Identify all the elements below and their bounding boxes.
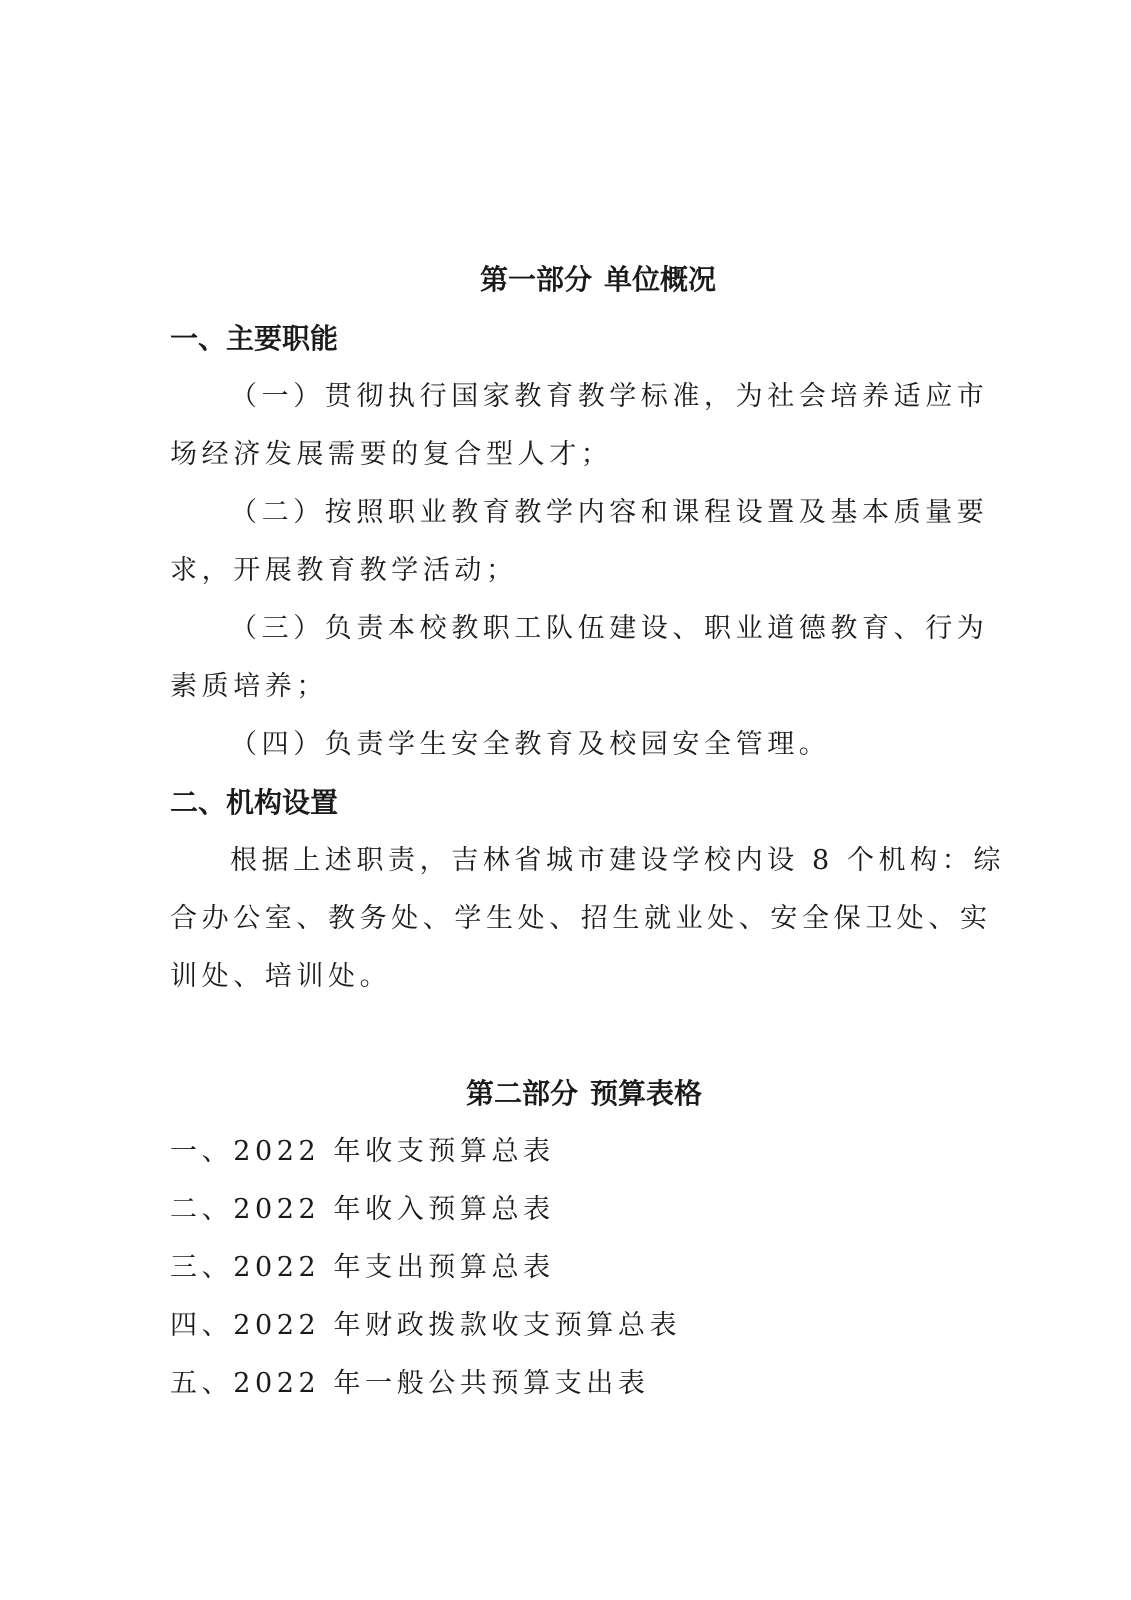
budget-table-item-5: 五、2022 年一般公共预算支出表	[170, 1367, 650, 1401]
function-item-2-line-2: 求，开展教育教学活动；	[170, 554, 518, 588]
org-paragraph-line-2: 合办公室、教务处、学生处、招生就业处、安全保卫处、实	[170, 902, 992, 936]
budget-table-item-3: 三、2022 年支出预算总表	[170, 1251, 555, 1285]
function-item-3-line-2: 素质培养；	[170, 670, 328, 704]
function-item-1-line-2: 场经济发展需要的复合型人才；	[170, 438, 612, 472]
section2-heading: 二、机构设置	[170, 786, 338, 820]
org-paragraph-line-1: 根据上述职责，吉林省城市建设学校内设 8 个机构：综	[230, 844, 1005, 878]
org-paragraph-line-3: 训处、培训处。	[170, 960, 391, 994]
function-item-1-line-1: （一）贯彻执行国家教育教学标准，为社会培养适应市	[230, 380, 988, 414]
budget-table-item-2: 二、2022 年收入预算总表	[170, 1193, 555, 1227]
part1-title-number: 第一部分	[480, 263, 592, 296]
budget-table-item-4: 四、2022 年财政拨款收支预算总表	[170, 1309, 681, 1343]
part1-title: 第一部分单位概况	[480, 263, 716, 297]
part2-title: 第二部分预算表格	[466, 1077, 702, 1111]
part1-title-text: 单位概况	[604, 263, 716, 296]
function-item-4-line-1: （四）负责学生安全教育及校园安全管理。	[230, 728, 830, 762]
function-item-2-line-1: （二）按照职业教育教学内容和课程设置及基本质量要	[230, 496, 988, 530]
part2-title-text: 预算表格	[590, 1077, 702, 1110]
section1-heading: 一、主要职能	[170, 322, 338, 356]
part2-title-number: 第二部分	[466, 1077, 578, 1110]
function-item-3-line-1: （三）负责本校教职工队伍建设、职业道德教育、行为	[230, 612, 988, 646]
budget-table-item-1: 一、2022 年收支预算总表	[170, 1135, 555, 1169]
